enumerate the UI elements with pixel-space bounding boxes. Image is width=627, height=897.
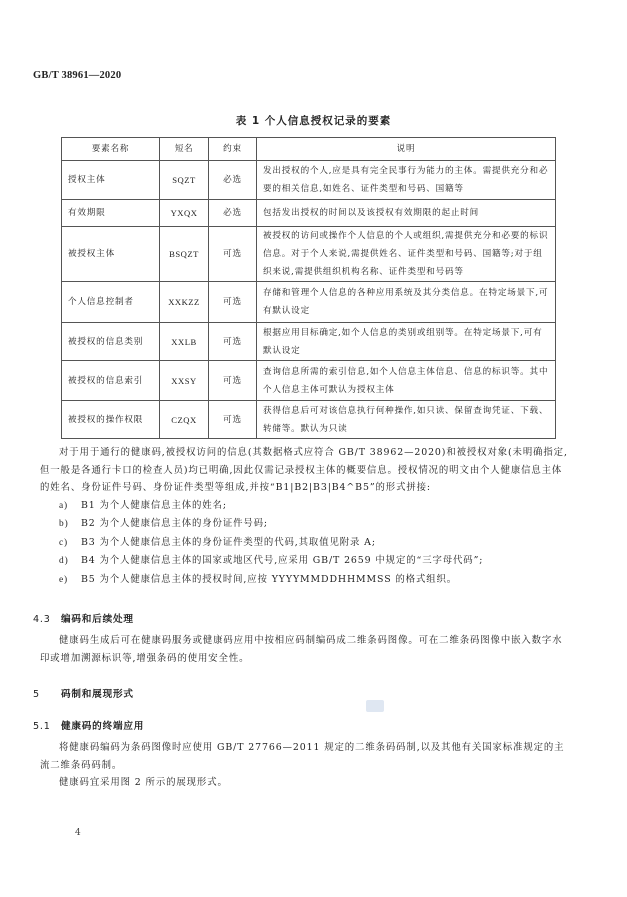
cell-name: 被授权的操作权限 [62,401,160,439]
cell-constraint: 可选 [209,323,257,361]
table-row: 被授权的信息类别 XXLB 可选 根据应用目标确定,如个人信息的类别或组别等。在… [62,323,556,361]
cell-desc: 被授权的访问或操作个人信息的个人或组织,需提供充分和必要的标识信息。对于个人来说… [257,227,556,282]
cell-short: BSQZT [160,227,209,282]
section-5-1-heading: 5.1健康码的终端应用 [33,718,144,732]
list-marker: b) [59,516,81,534]
cell-constraint: 必选 [209,161,257,200]
list-text: B4 为个人健康信息主体的国家或地区代号,应采用 GB/T 2659 中规定的“… [81,555,483,566]
section-title: 码制和展现形式 [61,689,134,700]
list-item: e)B5 为个人健康信息主体的授权时间,应按 YYYYMMDDHHMMSS 的格… [40,571,568,590]
cell-constraint: 可选 [209,401,257,439]
cell-short: CZQX [160,401,209,439]
section-5-1-paragraph: 将健康码编码为条码图像时应使用 GB/T 27766—2011 规定的二维条码码… [40,739,568,792]
cell-desc: 获得信息后可对该信息执行何种操作,如只读、保留查询凭证、下载、转储等。默认为只读 [257,401,556,439]
table-row: 个人信息控制者 XXKZZ 可选 存储和管理个人信息的各种应用系统及其分类信息。… [62,282,556,323]
cell-short: YXQX [160,200,209,227]
section-5-heading: 5码制和展现形式 [33,686,134,700]
watermark-logo-icon [366,700,384,712]
cell-short: XXKZZ [160,282,209,323]
col-header-constraint: 约束 [209,138,257,161]
cell-desc: 查询信息所需的索引信息,如个人信息主体信息、信息的标识等。其中个人信息主体可默认… [257,361,556,401]
cell-name: 被授权的信息类别 [62,323,160,361]
section-4-3-heading: 4.3编码和后续处理 [33,611,134,625]
intro-text: 对于用于通行的健康码,被授权访问的信息(其数据格式应符合 GB/T 38962—… [40,444,568,497]
cell-name: 被授权主体 [62,227,160,282]
cell-constraint: 可选 [209,361,257,401]
list-marker: d) [59,553,81,571]
list-item: c)B3 为个人健康信息主体的身份证件类型的代码,其取值见附录 A; [40,534,568,553]
col-header-name: 要素名称 [62,138,160,161]
cell-constraint: 可选 [209,227,257,282]
list-marker: a) [59,498,81,516]
section-number: 5.1 [33,721,61,732]
section-number: 5 [33,689,61,700]
cell-name: 有效期限 [62,200,160,227]
cell-desc: 发出授权的个人,应是具有完全民事行为能力的主体。需提供充分和必要的相关信息,如姓… [257,161,556,200]
page-number: 4 [75,828,81,838]
cell-short: SQZT [160,161,209,200]
cell-constraint: 可选 [209,282,257,323]
table-row: 授权主体 SQZT 必选 发出授权的个人,应是具有完全民事行为能力的主体。需提供… [62,161,556,200]
section-text: 将健康码编码为条码图像时应使用 GB/T 27766—2011 规定的二维条码码… [40,739,568,774]
section-title: 健康码的终端应用 [61,721,144,732]
table-row: 被授权的信息索引 XXSY 可选 查询信息所需的索引信息,如个人信息主体信息、信… [62,361,556,401]
cell-name: 被授权的信息索引 [62,361,160,401]
list-item: b)B2 为个人健康信息主体的身份证件号码; [40,515,568,534]
section-number: 4.3 [33,614,61,625]
cell-desc: 存储和管理个人信息的各种应用系统及其分类信息。在特定场景下,可有默认设定 [257,282,556,323]
section-text: 健康码宜采用图 2 所示的展现形式。 [40,774,568,792]
standard-id: GB/T 38961—2020 [33,70,121,81]
section-title: 编码和后续处理 [61,614,134,625]
col-header-desc: 说明 [257,138,556,161]
list-marker: e) [59,572,81,590]
list-text: B2 为个人健康信息主体的身份证件号码; [81,518,268,529]
cell-short: XXSY [160,361,209,401]
table-row: 有效期限 YXQX 必选 包括发出授权的时间以及该授权有效期限的起止时间 [62,200,556,227]
section-4-3-paragraph: 健康码生成后可在健康码服务或健康码应用中按相应码制编码成二维条码图像。可在二维条… [40,632,568,667]
list-item: d)B4 为个人健康信息主体的国家或地区代号,应采用 GB/T 2659 中规定… [40,552,568,571]
list-marker: c) [59,535,81,553]
table-row: 被授权主体 BSQZT 可选 被授权的访问或操作个人信息的个人或组织,需提供充分… [62,227,556,282]
cell-desc: 包括发出授权的时间以及该授权有效期限的起止时间 [257,200,556,227]
table-caption: 表 1 个人信息授权记录的要素 [0,113,627,128]
list-item: a)B1 为个人健康信息主体的姓名; [40,497,568,516]
list-text: B1 为个人健康信息主体的姓名; [81,500,227,511]
authorization-elements-table: 要素名称 短名 约束 说明 授权主体 SQZT 必选 发出授权的个人,应是具有完… [61,137,556,439]
table-row: 被授权的操作权限 CZQX 可选 获得信息后可对该信息执行何种操作,如只读、保留… [62,401,556,439]
cell-name: 授权主体 [62,161,160,200]
intro-paragraph: 对于用于通行的健康码,被授权访问的信息(其数据格式应符合 GB/T 38962—… [40,444,568,589]
col-header-short: 短名 [160,138,209,161]
list-text: B3 为个人健康信息主体的身份证件类型的代码,其取值见附录 A; [81,537,376,548]
cell-name: 个人信息控制者 [62,282,160,323]
cell-desc: 根据应用目标确定,如个人信息的类别或组别等。在特定场景下,可有默认设定 [257,323,556,361]
table-header-row: 要素名称 短名 约束 说明 [62,138,556,161]
section-text: 健康码生成后可在健康码服务或健康码应用中按相应码制编码成二维条码图像。可在二维条… [40,632,568,667]
list-text: B5 为个人健康信息主体的授权时间,应按 YYYYMMDDHHMMSS 的格式组… [81,574,457,585]
cell-short: XXLB [160,323,209,361]
cell-constraint: 必选 [209,200,257,227]
